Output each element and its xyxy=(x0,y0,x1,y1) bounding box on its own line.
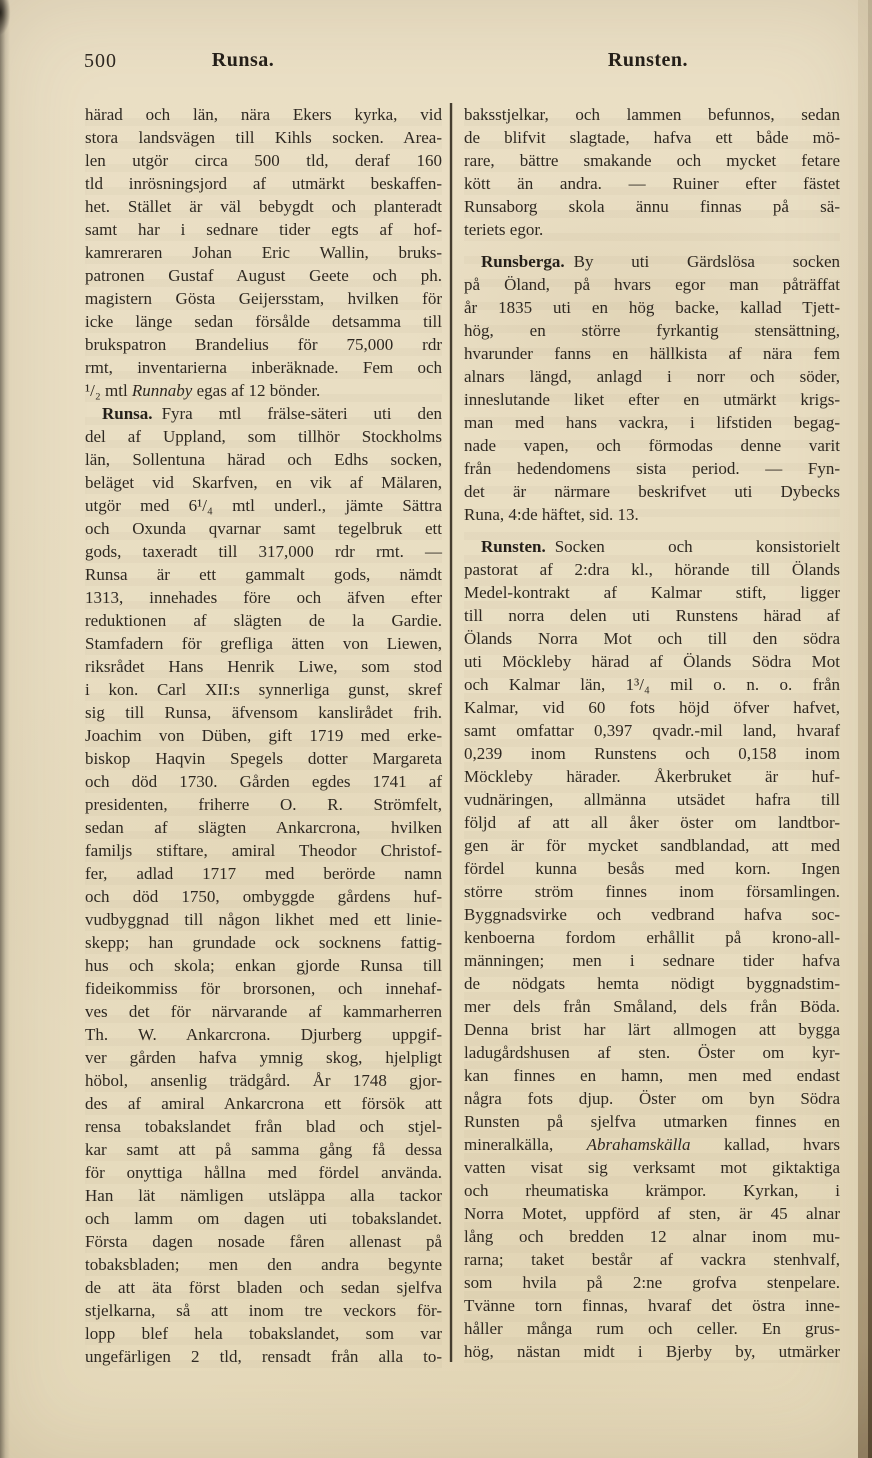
text-segment: och död 1730. Gården egdes 1741 af xyxy=(85,772,442,791)
text-segment: het. Stället är väl bebygdt och plantera… xyxy=(85,197,442,216)
text-line: och rheumatiska krämpor. Kyrkan, i xyxy=(464,1179,840,1202)
text-line: pastorat af 2:dra kl., hörande till Ölan… xyxy=(464,558,840,581)
text-segment: mineralkälla, xyxy=(464,1135,587,1154)
text-segment: rare, bättre smakande och mycket fetare xyxy=(464,151,840,170)
text-line: Medel-kontrakt af Kalmar stift, ligger xyxy=(464,581,840,604)
text-segment: år 1835 uti en hög backe, kallad Tjett- xyxy=(464,298,840,317)
text-segment: pastorat af 2:dra kl., hörande till Ölan… xyxy=(464,560,840,579)
text-segment: patronen Gustaf August Geete och ph. xyxy=(85,266,442,285)
text-segment: de att äta först bladen och sedan sjelfv… xyxy=(85,1278,442,1297)
text-line: vudbyggnad till någon likhet med ett lin… xyxy=(85,908,442,931)
text-line: det är närmare beskrifvet uti Dybecks xyxy=(464,480,840,503)
text-segment: vudnäringen, allmänna utsädet hafra till xyxy=(464,790,840,809)
text-segment: Kalmar, vid 60 fots höjd öfver hafvet, xyxy=(464,698,840,717)
text-segment: beläget vid Skarfven, en vik af Mälaren, xyxy=(85,473,442,492)
entry-title: Runsberga. xyxy=(481,252,565,271)
page-number: 500 xyxy=(84,50,117,73)
text-segment: mer dels från Småland, dels från Böda. xyxy=(464,997,840,1016)
text-line: Runa, 4:de häftet, sid. 13. xyxy=(464,503,840,526)
text-segment: kallad, hvars xyxy=(691,1135,840,1154)
text-line: och Oxunda qvarnar samt tegelbruk ett xyxy=(85,517,442,540)
text-segment: som hvila på 2:ne grofva stenpelare. xyxy=(464,1273,840,1292)
text-segment: Denna brist har lärt allmogen att bygga xyxy=(464,1020,840,1039)
text-segment: i kon. Carl XII:s synnerliga gunst, skre… xyxy=(85,680,442,699)
text-line: nade vapen, och förmodas denne varit xyxy=(464,434,840,457)
text-line: och död 1750, ombyggde gårdens huf- xyxy=(85,885,442,908)
text-segment: vatten visat sig verksamt mot giktaktiga xyxy=(464,1158,840,1177)
text-line: län, Sollentuna härad och Edhs socken, xyxy=(85,448,442,471)
text-segment: fer, adlad 1717 med berörde namn xyxy=(85,864,442,883)
text-segment: gods, taxeradt till 317,000 rdr rmt. — xyxy=(85,542,442,561)
text-segment: Första dagen nosade fåren allenast på xyxy=(85,1232,442,1251)
text-line: gods, taxeradt till 317,000 rdr rmt. — xyxy=(85,540,442,563)
text-segment: och lamm om dagen uti tobakslandet. xyxy=(85,1209,442,1228)
text-segment: till norra delen uti Runstens härad af xyxy=(464,606,840,625)
entry-title: Runsa. xyxy=(102,404,153,423)
text-line: icke länge sedan försålde detsamma till xyxy=(85,310,442,333)
text-segment: utgör med 6¹/₄ mtl underl., jämte Sättra xyxy=(85,496,442,515)
text-segment: ver gården hafva ymnig skog, hjelpligt xyxy=(85,1048,442,1067)
text-line: Kalmar, vid 60 fots höjd öfver hafvet, xyxy=(464,696,840,719)
left-column: härad och län, nära Ekers kyrka, vidstor… xyxy=(85,103,442,1368)
text-segment: hus och skola; enkan gjorde Runsa till xyxy=(85,956,442,975)
italic-term: Abrahamskälla xyxy=(587,1135,691,1154)
text-segment: reduktionen af slägten de la Gardie. xyxy=(85,611,442,630)
text-line: håller många rum och celler. En grus- xyxy=(464,1317,840,1340)
text-line: rmt, inventarierna inberäknade. Fem och xyxy=(85,356,442,379)
text-line: härad och län, nära Ekers kyrka, vid xyxy=(85,103,442,126)
text-segment: len utgör circa 500 tld, deraf 160 xyxy=(85,151,442,170)
text-line: 0,239 inom Runstens och 0,158 inom xyxy=(464,742,840,765)
text-line: de nödgats hemta nödigt byggnadstim- xyxy=(464,972,840,995)
text-segment: härad och län, nära Ekers kyrka, vid xyxy=(85,105,442,124)
text-line: hus och skola; enkan gjorde Runsa till xyxy=(85,954,442,977)
text-segment: biskop Haqvin Spegels dotter Margareta xyxy=(85,749,442,768)
text-line: fer, adlad 1717 med berörde namn xyxy=(85,862,442,885)
text-segment: skepp; han grundade ock socknens fattig- xyxy=(85,933,442,952)
text-line: ladugårdshusen af sten. Öster om kyr- xyxy=(464,1041,840,1064)
scan-edge-left xyxy=(0,0,10,1458)
text-segment: Runsaborg skola ännu finnas på sä- xyxy=(464,197,840,216)
text-segment: 0,239 inom Runstens och 0,158 inom xyxy=(464,744,840,763)
text-line: sedan af slägten Ankarcrona, hvilken xyxy=(85,816,442,839)
text-segment: icke länge sedan försålde detsamma till xyxy=(85,312,442,331)
text-line: ves det för närvarande af kammarherren xyxy=(85,1000,442,1023)
text-segment: By uti Gärdslösa socken xyxy=(574,252,840,271)
text-line: Runsberga.By uti Gärdslösa socken xyxy=(464,250,840,273)
text-segment: ladugårdshusen af sten. Öster om kyr- xyxy=(464,1043,840,1062)
right-column: baksstjelkar, och lammen befunnos, sedan… xyxy=(464,103,840,1363)
text-line: riksrådet Hans Henrik Liwe, som stod xyxy=(85,655,442,678)
text-segment: län, Sollentuna härad och Edhs socken, xyxy=(85,450,442,469)
text-line: Runsaborg skola ännu finnas på sä- xyxy=(464,195,840,218)
text-line: magistern Gösta Geijersstam, hvilken för xyxy=(85,287,442,310)
text-line: ¹/₂ mtl Runnaby egas af 12 bönder. xyxy=(85,379,442,402)
text-segment: några fots djup. Öster om byn Södra xyxy=(464,1089,840,1108)
text-segment: ves det för närvarande af kammarherren xyxy=(85,1002,442,1021)
text-segment: Joachim von Düben, gift 1719 med erke- xyxy=(85,726,442,745)
text-segment: tld inrösningsjord af utmärkt beskaffen- xyxy=(85,174,442,193)
text-line: del af Uppland, som tillhör Stockholms xyxy=(85,425,442,448)
text-line: vudnäringen, allmänna utsädet hafra till xyxy=(464,788,840,811)
text-segment: ¹/₂ mtl xyxy=(85,381,132,400)
text-line: het. Stället är väl bebygdt och plantera… xyxy=(85,195,442,218)
text-segment: håller många rum och celler. En grus- xyxy=(464,1319,840,1338)
text-line: Th. W. Ankarcrona. Djurberg uppgif- xyxy=(85,1023,442,1046)
text-line: alnars längd, anlagd i norr och söder, xyxy=(464,365,840,388)
text-segment: des af amiral Ankarcrona ett försök att xyxy=(85,1094,442,1113)
text-line: inneslutande liket efter en utmärkt krig… xyxy=(464,388,840,411)
text-segment: på Öland, på hvars egor man påträffat xyxy=(464,275,840,294)
text-segment: Runa, 4:de häftet, sid. 13. xyxy=(464,505,639,524)
text-line: Norra Motet, uppförd af sten, är 45 alna… xyxy=(464,1202,840,1225)
text-segment: de blifvit slagtade, hafva ett både mö- xyxy=(464,128,840,147)
text-segment: Möckleby härader. Åkerbruket är huf- xyxy=(464,767,840,786)
text-line: som hvila på 2:ne grofva stenpelare. xyxy=(464,1271,840,1294)
text-line: man med hans vackra, i lifstiden begag- xyxy=(464,411,840,434)
text-segment: kar samt att på samma gång få dessa xyxy=(85,1140,442,1159)
text-segment: 1313, innehades före och äfven efter xyxy=(85,588,442,607)
text-line: och död 1730. Gården egdes 1741 af xyxy=(85,770,442,793)
text-segment: stjelkarna, så att inom tre veckors för- xyxy=(85,1301,442,1320)
text-segment: större ström finnes inom församlingen. xyxy=(464,882,840,901)
text-segment: Norra Motet, uppförd af sten, är 45 alna… xyxy=(464,1204,840,1223)
text-line: kan finnes en hamn, men med endast xyxy=(464,1064,840,1087)
text-segment: vudbyggnad till någon likhet med ett lin… xyxy=(85,910,442,929)
text-segment: Tvänne torn finnas, hvaraf det östra inn… xyxy=(464,1296,840,1315)
text-segment: samt har i sednare tider egts af hof- xyxy=(85,220,442,239)
text-line: Runsten på sjelfva utmarken finnes en xyxy=(464,1110,840,1133)
text-segment: hvarunder fanns en hällkista af nära fem xyxy=(464,344,840,363)
text-line: samt har i sednare tider egts af hof- xyxy=(85,218,442,241)
text-segment: man med hans vackra, i lifstiden begag- xyxy=(464,413,840,432)
text-line: Runsa.Fyra mtl frälse-säteri uti den xyxy=(85,402,442,425)
text-segment: männingen; men i sednare tider hafva xyxy=(464,951,840,970)
text-segment: det är närmare beskrifvet uti Dybecks xyxy=(464,482,840,501)
text-segment: lång och bredden 12 alnar inom mu- xyxy=(464,1227,840,1246)
text-line: hvarunder fanns en hällkista af nära fem xyxy=(464,342,840,365)
text-line: 1313, innehades före och äfven efter xyxy=(85,586,442,609)
text-line: från hedendomens sista period. — Fyn- xyxy=(464,457,840,480)
text-line: vatten visat sig verksamt mot giktaktiga xyxy=(464,1156,840,1179)
text-segment: kamreraren Johan Eric Wallin, bruks- xyxy=(85,243,442,262)
text-line: höbol, ansenlig trädgård. År 1748 gjor- xyxy=(85,1069,442,1092)
text-line: rarna; taket består af vackra stenhvalf, xyxy=(464,1248,840,1271)
text-line: Stamfadern för grefliga ätten von Liewen… xyxy=(85,632,442,655)
text-segment: egas af 12 bönder. xyxy=(192,381,320,400)
text-segment: uti Möckleby härad af Ölands Södra Mot xyxy=(464,652,840,671)
text-segment: hög, nästan midt i Bjerby by, utmärker xyxy=(464,1342,840,1361)
text-line: Han lät nämligen utsläppa alla tackor xyxy=(85,1184,442,1207)
text-segment: gen är för mycket sandblandad, att med xyxy=(464,836,840,855)
text-line: brukspatron Brandelius för 75,000 rdr xyxy=(85,333,442,356)
text-line: kenboerna fordom erhållit på krono-all- xyxy=(464,926,840,949)
text-line: tobaksbladen; men den andra begynte xyxy=(85,1253,442,1276)
text-segment: inneslutande liket efter en utmärkt krig… xyxy=(464,390,840,409)
text-line: kött än andra. — Ruiner efter fästet xyxy=(464,172,840,195)
text-segment: för onyttiga hållna med fördel använda. xyxy=(85,1163,442,1182)
book-page-scan: { "page_header": { "page_number": "500",… xyxy=(0,0,872,1458)
text-segment: och Oxunda qvarnar samt tegelbruk ett xyxy=(85,519,442,538)
text-segment: teriets egor. xyxy=(464,220,543,239)
text-line: Joachim von Düben, gift 1719 med erke- xyxy=(85,724,442,747)
text-line: ungefärligen 2 tld, rensadt från alla to… xyxy=(85,1345,442,1368)
text-line: och Kalmar län, 1³/₄ mil o. n. o. från xyxy=(464,673,840,696)
text-segment: följd af att all åker öster om landtbor- xyxy=(464,813,840,832)
text-line: presidenten, friherre O. R. Strömfelt, xyxy=(85,793,442,816)
text-line: tld inrösningsjord af utmärkt beskaffen- xyxy=(85,172,442,195)
text-line: Runsa är ett gammalt gods, nämdt xyxy=(85,563,442,586)
text-line: Första dagen nosade fåren allenast på xyxy=(85,1230,442,1253)
text-line: mineralkälla, Abrahamskälla kallad, hvar… xyxy=(464,1133,840,1156)
text-line: fördel kunna besås med korn. Ingen xyxy=(464,857,840,880)
right-column-header: Runsten. xyxy=(558,49,738,72)
text-segment: stora landsvägen till Kihls socken. Area… xyxy=(85,128,442,147)
text-segment: kan finnes en hamn, men med endast xyxy=(464,1066,840,1085)
text-line: samt omfattar 0,397 qvadr.-mil land, hva… xyxy=(464,719,840,742)
text-segment: Ölands Norra Mot och till den södra xyxy=(464,629,840,648)
text-segment: hög, en större fyrkantig stensättning, xyxy=(464,321,840,340)
text-line: Möckleby härader. Åkerbruket är huf- xyxy=(464,765,840,788)
text-line: len utgör circa 500 tld, deraf 160 xyxy=(85,149,442,172)
text-line: kamreraren Johan Eric Wallin, bruks- xyxy=(85,241,442,264)
entry-title: Runsten. xyxy=(481,537,546,556)
text-segment: Byggnadsvirke och vedbrand hafva soc- xyxy=(464,905,840,924)
text-line: beläget vid Skarfven, en vik af Mälaren, xyxy=(85,471,442,494)
text-line: teriets egor. xyxy=(464,218,840,241)
text-line: Denna brist har lärt allmogen att bygga xyxy=(464,1018,840,1041)
text-line: lång och bredden 12 alnar inom mu- xyxy=(464,1225,840,1248)
scan-corner-mark xyxy=(0,0,12,42)
text-segment: nade vapen, och förmodas denne varit xyxy=(464,436,840,455)
text-line: ver gården hafva ymnig skog, hjelpligt xyxy=(85,1046,442,1069)
text-segment: de nödgats hemta nödigt byggnadstim- xyxy=(464,974,840,993)
text-line: stjelkarna, så att inom tre veckors för- xyxy=(85,1299,442,1322)
text-segment: sedan af slägten Ankarcrona, hvilken xyxy=(85,818,442,837)
text-line: Runsten.Socken och konsistorielt xyxy=(464,535,840,558)
text-line: Ölands Norra Mot och till den södra xyxy=(464,627,840,650)
text-line: familjs stiftare, amiral Theodor Christo… xyxy=(85,839,442,862)
text-line: rensa tobakslandet från blad och stjel- xyxy=(85,1115,442,1138)
text-segment: brukspatron Brandelius för 75,000 rdr xyxy=(85,335,442,354)
text-line: Tvänne torn finnas, hvaraf det östra inn… xyxy=(464,1294,840,1317)
text-line: och lamm om dagen uti tobakslandet. xyxy=(85,1207,442,1230)
scan-edge-right-shadow xyxy=(868,0,872,1458)
text-segment: alnars längd, anlagd i norr och söder, xyxy=(464,367,840,386)
text-segment: magistern Gösta Geijersstam, hvilken för xyxy=(85,289,442,308)
text-segment: kött än andra. — Ruiner efter fästet xyxy=(464,174,840,193)
text-line: sig till Runsa, äfvensom kanslirådet fri… xyxy=(85,701,442,724)
text-line: gen är för mycket sandblandad, att med xyxy=(464,834,840,857)
left-column-header: Runsa. xyxy=(153,49,333,72)
text-segment: rmt, inventarierna inberäknade. Fem och xyxy=(85,358,442,377)
text-line: rare, bättre smakande och mycket fetare xyxy=(464,149,840,172)
text-segment: Medel-kontrakt af Kalmar stift, ligger xyxy=(464,583,840,602)
text-segment: rarna; taket består af vackra stenhvalf, xyxy=(464,1250,840,1269)
text-segment: fideikommiss för brorsonen, och innehaf- xyxy=(85,979,442,998)
text-line: skepp; han grundade ock socknens fattig- xyxy=(85,931,442,954)
text-segment: Han lät nämligen utsläppa alla tackor xyxy=(85,1186,442,1205)
text-line: utgör med 6¹/₄ mtl underl., jämte Sättra xyxy=(85,494,442,517)
text-segment: Stamfadern för grefliga ätten von Liewen… xyxy=(85,634,442,653)
text-segment: ungefärligen 2 tld, rensadt från alla to… xyxy=(85,1347,442,1366)
text-line: för onyttiga hållna med fördel använda. xyxy=(85,1161,442,1184)
text-segment: Runsa är ett gammalt gods, nämdt xyxy=(85,565,442,584)
text-line: hög, nästan midt i Bjerby by, utmärker xyxy=(464,1340,840,1363)
text-line: stora landsvägen till Kihls socken. Area… xyxy=(85,126,442,149)
text-segment: lopp blef hela tobakslandet, som var xyxy=(85,1324,442,1343)
text-segment: kenboerna fordom erhållit på krono-all- xyxy=(464,928,840,947)
text-segment: rensa tobakslandet från blad och stjel- xyxy=(85,1117,442,1136)
text-segment: samt omfattar 0,397 qvadr.-mil land, hva… xyxy=(464,721,840,740)
text-segment: Fyra mtl frälse-säteri uti den xyxy=(162,404,442,423)
text-segment: Runsten på sjelfva utmarken finnes en xyxy=(464,1112,840,1131)
text-line: des af amiral Ankarcrona ett försök att xyxy=(85,1092,442,1115)
text-line: de att äta först bladen och sedan sjelfv… xyxy=(85,1276,442,1299)
text-line: patronen Gustaf August Geete och ph. xyxy=(85,264,442,287)
text-line: i kon. Carl XII:s synnerliga gunst, skre… xyxy=(85,678,442,701)
text-segment: Socken och konsistorielt xyxy=(555,537,840,556)
text-segment: del af Uppland, som tillhör Stockholms xyxy=(85,427,442,446)
text-segment: tobaksbladen; men den andra begynte xyxy=(85,1255,442,1274)
text-line: baksstjelkar, och lammen befunnos, sedan xyxy=(464,103,840,126)
text-line: på Öland, på hvars egor man påträffat xyxy=(464,273,840,296)
text-line: lopp blef hela tobakslandet, som var xyxy=(85,1322,442,1345)
text-segment: Th. W. Ankarcrona. Djurberg uppgif- xyxy=(85,1025,442,1044)
column-divider-rule xyxy=(450,103,452,1362)
text-line: uti Möckleby härad af Ölands Södra Mot xyxy=(464,650,840,673)
text-segment: från hedendomens sista period. — Fyn- xyxy=(464,459,840,478)
text-line: några fots djup. Öster om byn Södra xyxy=(464,1087,840,1110)
text-segment: och Kalmar län, 1³/₄ mil o. n. o. från xyxy=(464,675,840,694)
text-line: större ström finnes inom församlingen. xyxy=(464,880,840,903)
text-line: år 1835 uti en hög backe, kallad Tjett- xyxy=(464,296,840,319)
italic-term: Runnaby xyxy=(132,381,192,400)
text-line: biskop Haqvin Spegels dotter Margareta xyxy=(85,747,442,770)
text-line: mer dels från Småland, dels från Böda. xyxy=(464,995,840,1018)
text-segment: och död 1750, ombyggde gårdens huf- xyxy=(85,887,442,906)
text-segment: familjs stiftare, amiral Theodor Christo… xyxy=(85,841,442,860)
text-line: Byggnadsvirke och vedbrand hafva soc- xyxy=(464,903,840,926)
text-line: männingen; men i sednare tider hafva xyxy=(464,949,840,972)
text-line: följd af att all åker öster om landtbor- xyxy=(464,811,840,834)
text-line: kar samt att på samma gång få dessa xyxy=(85,1138,442,1161)
text-segment: och rheumatiska krämpor. Kyrkan, i xyxy=(464,1181,840,1200)
text-line: hög, en större fyrkantig stensättning, xyxy=(464,319,840,342)
text-segment: baksstjelkar, och lammen befunnos, sedan xyxy=(464,105,840,124)
text-segment: riksrådet Hans Henrik Liwe, som stod xyxy=(85,657,442,676)
text-line: fideikommiss för brorsonen, och innehaf- xyxy=(85,977,442,1000)
text-line: reduktionen af slägten de la Gardie. xyxy=(85,609,442,632)
text-segment: presidenten, friherre O. R. Strömfelt, xyxy=(85,795,442,814)
text-line: de blifvit slagtade, hafva ett både mö- xyxy=(464,126,840,149)
text-segment: höbol, ansenlig trädgård. År 1748 gjor- xyxy=(85,1071,442,1090)
text-line: till norra delen uti Runstens härad af xyxy=(464,604,840,627)
text-segment: sig till Runsa, äfvensom kanslirådet fri… xyxy=(85,703,442,722)
text-segment: fördel kunna besås med korn. Ingen xyxy=(464,859,840,878)
